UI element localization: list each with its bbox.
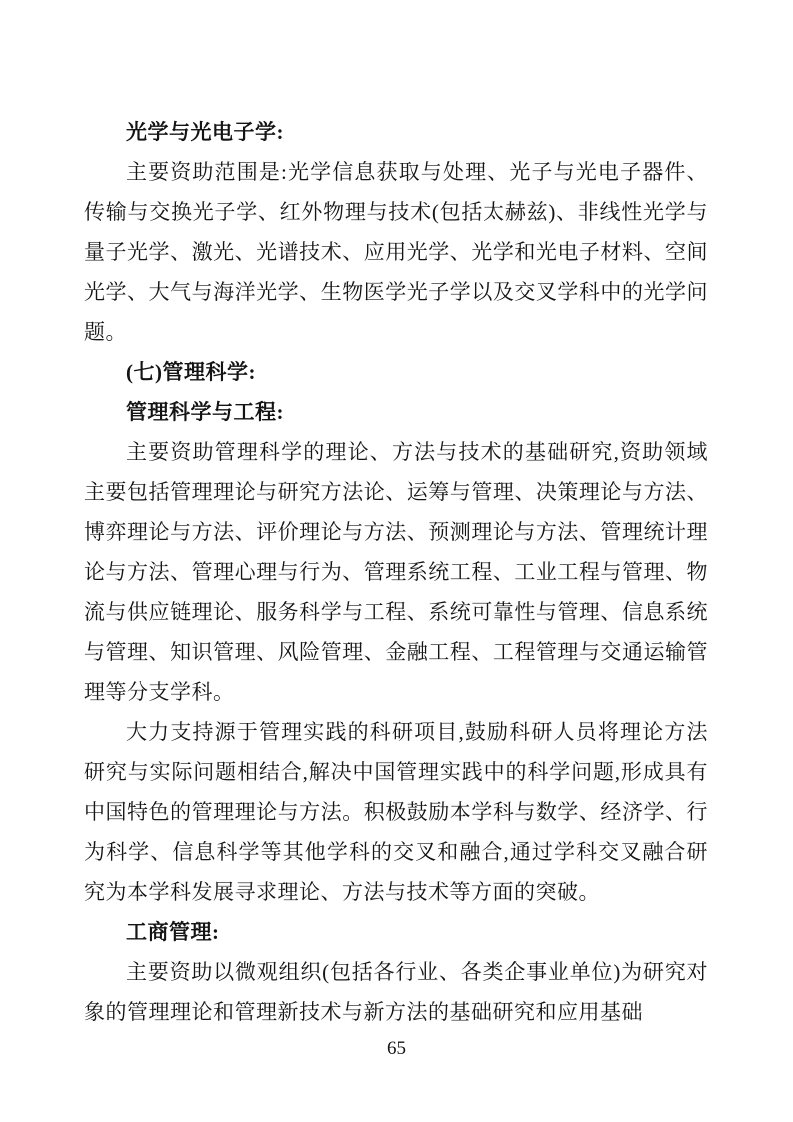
heading-management-science-and-engineering: 管理科学与工程: — [84, 392, 708, 432]
paragraph-mse-funding-scope: 主要资助管理科学的理论、方法与技术的基础研究,资助领域主要包括管理理论与研究方法… — [84, 432, 708, 712]
paragraph-mse-practice-support: 大力支持源于管理实践的科研项目,鼓励科研人员将理论方法研究与实际问题相结合,解决… — [84, 712, 708, 912]
document-body: 光学与光电子学: 主要资助范围是:光学信息获取与处理、光子与光电子器件、传输与交… — [84, 112, 708, 1032]
heading-business-administration: 工商管理: — [84, 912, 708, 952]
paragraph-optics-funding-scope: 主要资助范围是:光学信息获取与处理、光子与光电子器件、传输与交换光子学、红外物理… — [84, 152, 708, 352]
document-page: 光学与光电子学: 主要资助范围是:光学信息获取与处理、光子与光电子器件、传输与交… — [0, 0, 793, 1122]
page-number: 65 — [0, 1036, 793, 1062]
heading-section-7-management-science: (七)管理科学: — [84, 352, 708, 392]
heading-optics-and-optoelectronics: 光学与光电子学: — [84, 112, 708, 152]
paragraph-business-admin-funding-scope: 主要资助以微观组织(包括各行业、各类企事业单位)为研究对象的管理理论和管理新技术… — [84, 952, 708, 1032]
